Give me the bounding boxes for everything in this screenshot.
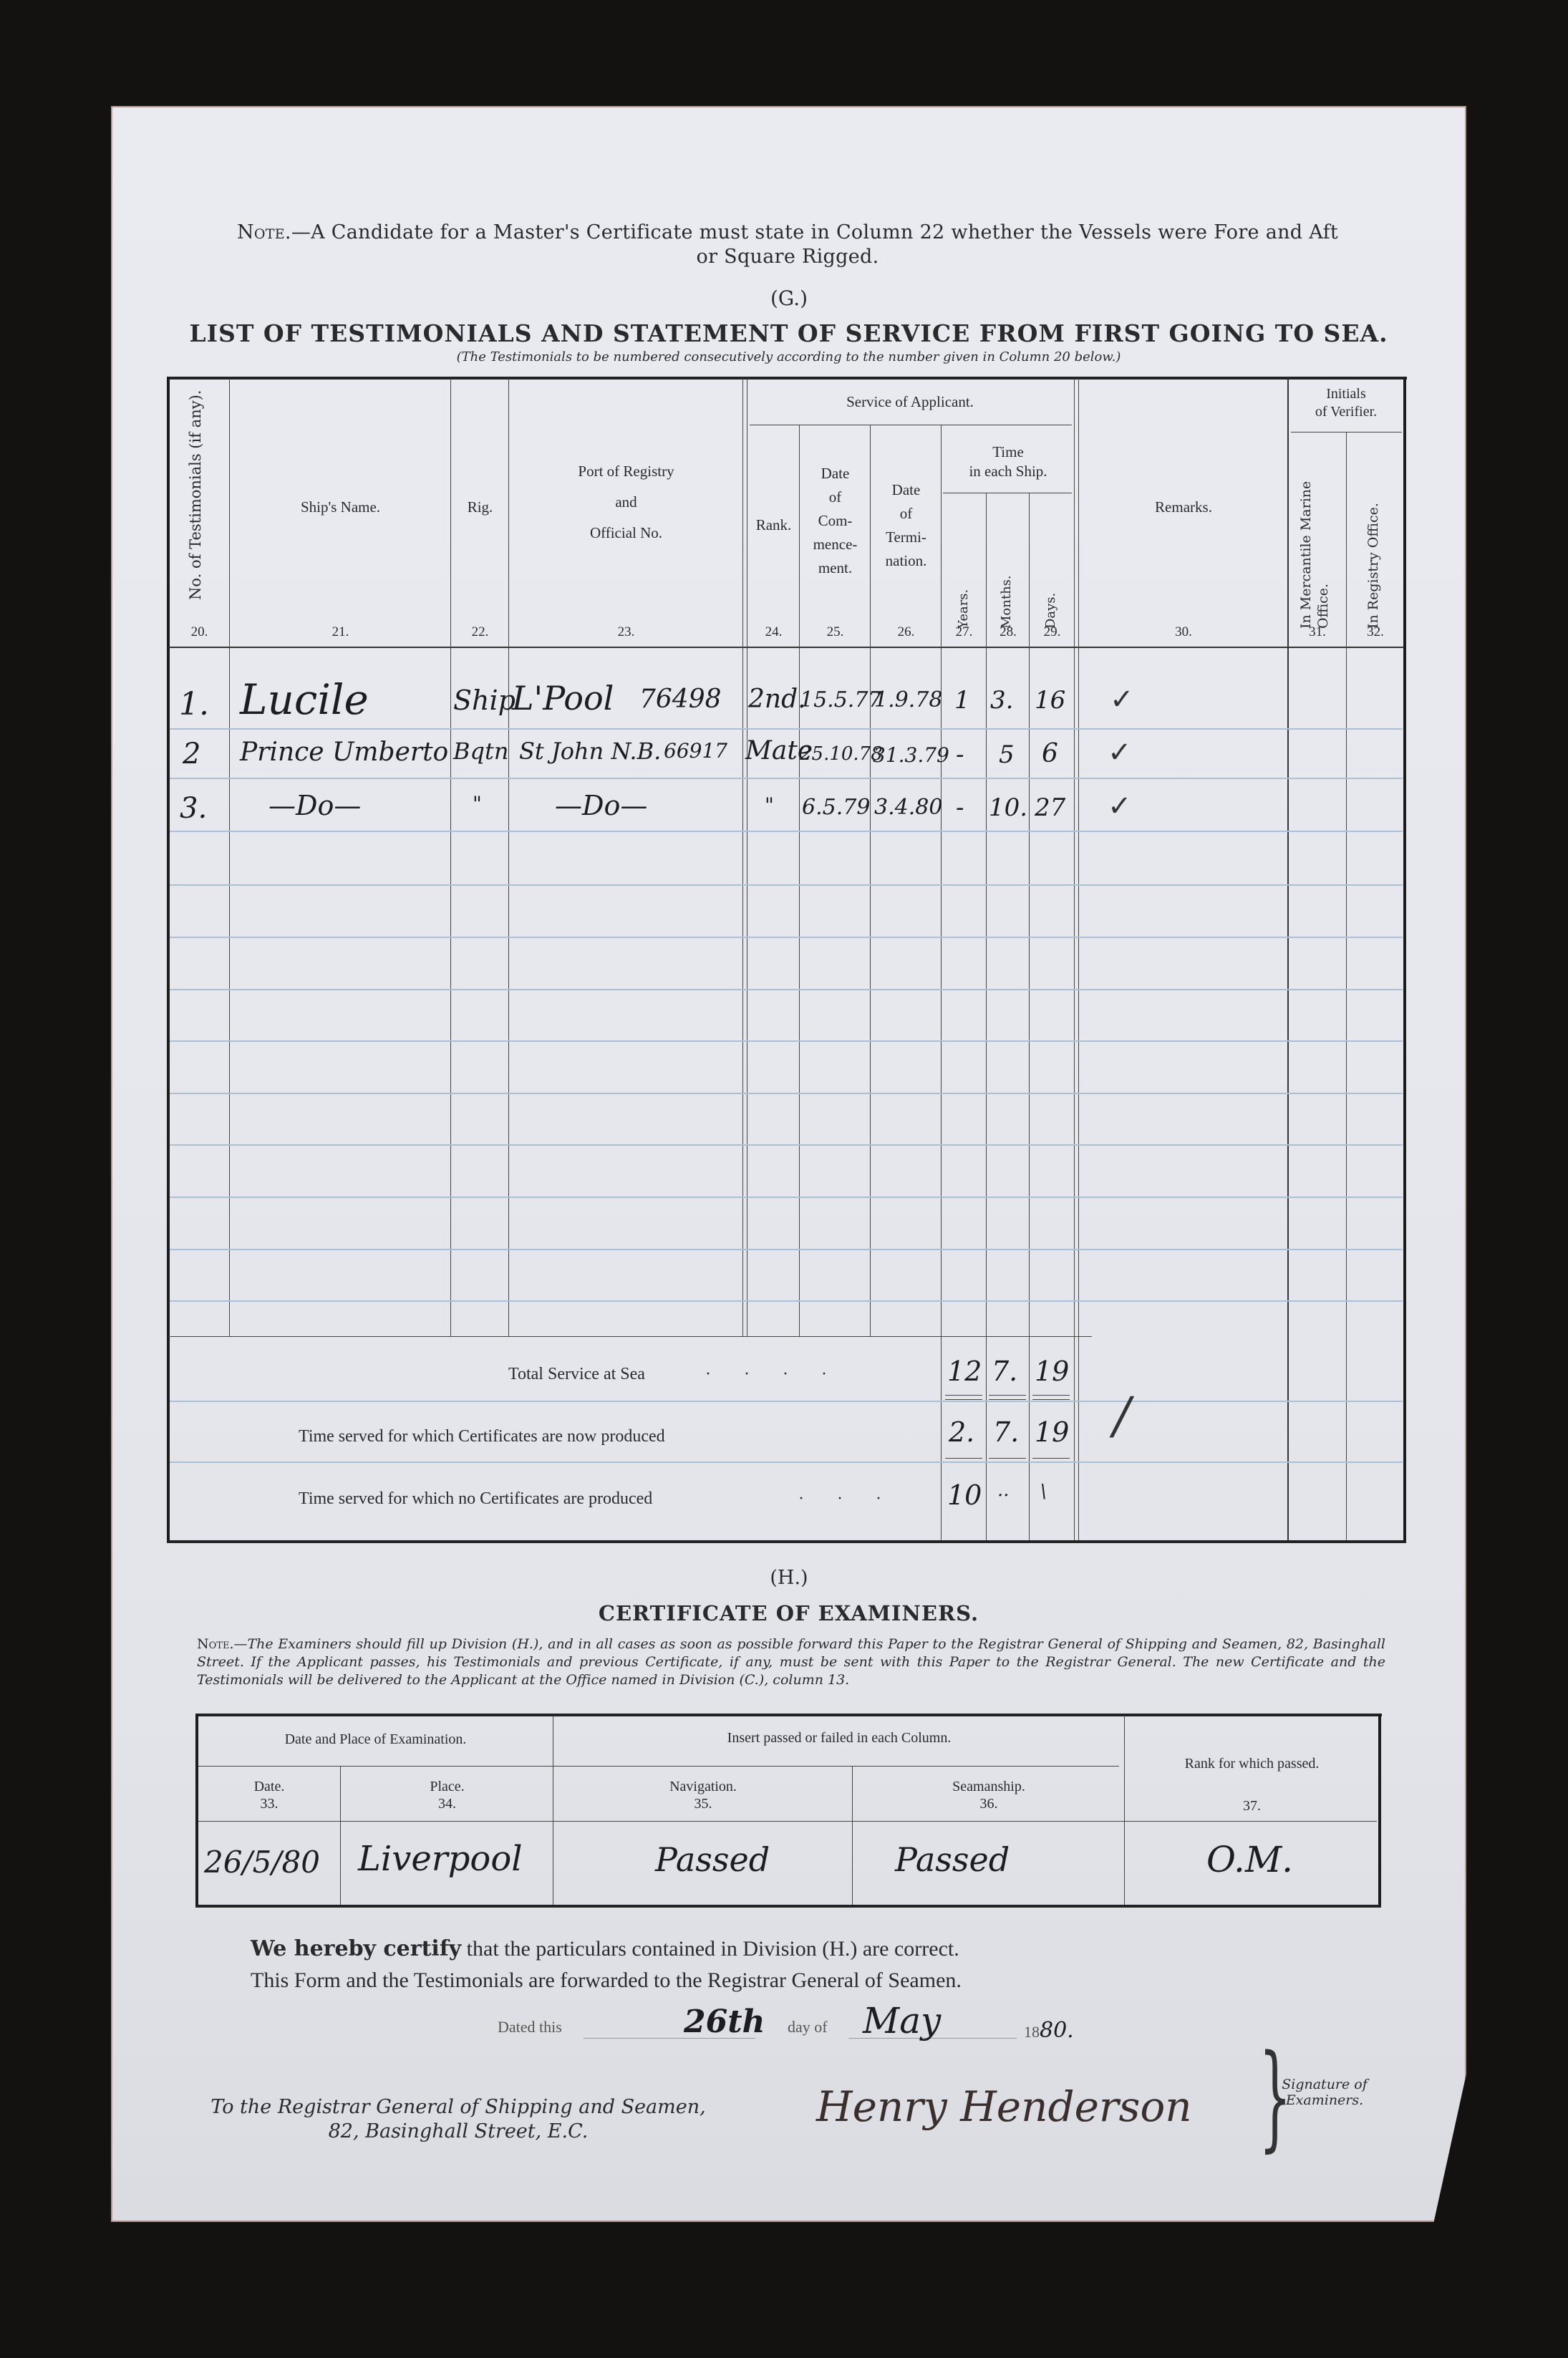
summary-years: 10 xyxy=(947,1479,982,1511)
summary-years: 2. xyxy=(949,1416,974,1448)
header-line: Seamanship. xyxy=(853,1778,1124,1795)
column-number: 25. xyxy=(800,624,870,640)
header-line: Time xyxy=(942,443,1074,462)
header-line: in each Ship. xyxy=(942,462,1074,481)
header-termination: Date of Termi- nation. xyxy=(871,478,941,573)
row-commenced: 15.5.77 xyxy=(800,687,882,712)
header-line: mence- xyxy=(800,533,870,556)
dated-month: May xyxy=(863,2000,941,2041)
column-number: 30. xyxy=(1080,624,1287,640)
summary-days: 19 xyxy=(1035,1356,1069,1387)
division-g-letter: (G.) xyxy=(717,286,861,310)
check-icon: ✓ xyxy=(1108,736,1132,769)
header-rig: Rig. xyxy=(452,496,508,518)
header-result-group: Insert passed or failed in each Column. xyxy=(554,1727,1124,1749)
header-line: Date xyxy=(800,462,870,485)
address-line: To the Registrar General of Shipping and… xyxy=(204,2095,712,2120)
row-no: 2 xyxy=(183,738,200,770)
column-number: 28. xyxy=(987,624,1029,640)
column-number: 20. xyxy=(170,624,229,640)
header-years: Years. xyxy=(956,564,971,629)
row-no: 1. xyxy=(179,686,209,723)
address-line: 82, Basinghall Street, E.C. xyxy=(204,2120,712,2144)
row-days: 6 xyxy=(1042,739,1058,768)
header-line: Initials xyxy=(1289,385,1403,403)
year-suffix: 80. xyxy=(1040,2018,1074,2043)
row-official-no: 66917 xyxy=(664,739,727,763)
row-official-no: 76498 xyxy=(639,685,722,714)
row-rig: " xyxy=(473,792,482,816)
note-prefix: Note. xyxy=(197,1636,233,1652)
note-text: —A Candidate for a Master's Certificate … xyxy=(291,221,1338,243)
column-number: 22. xyxy=(452,624,508,640)
division-g-subtitle: (The Testimonials to be numbered consecu… xyxy=(111,349,1466,364)
row-commenced: 25.10.78 xyxy=(800,743,883,765)
header-rank-passed: Rank for which passed. xyxy=(1126,1753,1378,1774)
row-port: —Do— xyxy=(555,790,647,821)
dated-this-label: Dated this xyxy=(498,2018,562,2036)
header-port-registry: Port of Registry and Official No. xyxy=(510,460,742,543)
dated-year: 1880. xyxy=(1024,2018,1074,2043)
header-navigation: Navigation. 35. xyxy=(554,1778,852,1812)
column-number: 35. xyxy=(554,1795,852,1812)
division-g-title: LIST OF TESTIMONIALS AND STATEMENT OF SE… xyxy=(111,319,1466,347)
header-time-group: Time in each Ship. xyxy=(942,443,1074,481)
certify-blackletter: We hereby certify xyxy=(251,1936,461,1961)
summary-days: \ xyxy=(1040,1481,1047,1502)
header-registry-office: In Registry Office. xyxy=(1365,493,1381,629)
column-number: 26. xyxy=(871,624,941,640)
row-months: 10. xyxy=(989,793,1027,822)
summary-years: 12 xyxy=(947,1356,982,1387)
note-text-2: or Square Rigged. xyxy=(697,246,879,268)
summary-months: 7. xyxy=(993,1416,1019,1448)
header-service-group: Service of Applicant. xyxy=(748,391,1072,412)
row-years: - xyxy=(956,793,964,822)
header-line: of xyxy=(871,502,941,526)
header-verifier-group: Initials of Verifier. xyxy=(1289,385,1403,421)
column-number: 37. xyxy=(1126,1795,1378,1817)
certify-line: that the particulars contained in Divisi… xyxy=(461,1937,959,1961)
signature-label: Signature of Examiners. xyxy=(1271,2077,1378,2108)
leader-dots: · · · · xyxy=(705,1365,841,1384)
summary-months: .. xyxy=(997,1479,1010,1501)
top-note: Note.—A Candidate for a Master's Certifi… xyxy=(197,221,1378,269)
header-date: Date. 33. xyxy=(198,1778,340,1812)
summary-label: Total Service at Sea xyxy=(508,1365,645,1384)
header-line: Place. xyxy=(342,1778,553,1795)
column-number: 33. xyxy=(198,1795,340,1812)
header-place: Place. 34. xyxy=(342,1778,553,1812)
header-line: Com- xyxy=(800,509,870,533)
summary-label: Time served for which Certificates are n… xyxy=(299,1427,665,1446)
row-days: 16 xyxy=(1035,686,1065,715)
header-line: ment. xyxy=(800,556,870,580)
header-line: Date xyxy=(871,478,941,502)
exam-seamanship: Passed xyxy=(895,1840,1010,1879)
column-number: 36. xyxy=(853,1795,1124,1812)
header-port-line: and xyxy=(510,491,742,513)
row-port: L'Pool xyxy=(512,679,614,717)
row-commenced: 6.5.79 xyxy=(802,795,870,820)
header-line: Date. xyxy=(198,1778,340,1795)
row-months: 5 xyxy=(999,740,1015,769)
header-line: of Verifier. xyxy=(1289,403,1403,421)
column-number: 21. xyxy=(231,624,450,640)
header-days: Days. xyxy=(1043,571,1058,629)
registrar-address: To the Registrar General of Shipping and… xyxy=(204,2095,712,2144)
column-number: 32. xyxy=(1347,624,1403,640)
exam-date: 26/5/80 xyxy=(204,1845,320,1880)
header-line: of xyxy=(800,485,870,509)
note-text: —The Examiners should fill up Division (… xyxy=(197,1636,1385,1688)
row-months: 3. xyxy=(990,686,1013,715)
row-rig: Bqtn xyxy=(453,738,508,765)
column-number: 31. xyxy=(1289,624,1346,640)
row-no: 3. xyxy=(180,792,207,825)
check-icon: ✓ xyxy=(1110,683,1134,716)
header-remarks: Remarks. xyxy=(1080,496,1287,518)
header-commencement: Date of Com- mence- ment. xyxy=(800,462,870,580)
dated-day: 26th xyxy=(684,2004,765,2040)
row-rank: 2nd. xyxy=(748,685,806,714)
row-rank: " xyxy=(765,793,774,817)
exam-place: Liverpool xyxy=(358,1839,523,1879)
row-rig: Ship xyxy=(453,685,516,716)
header-port-line: Port of Registry xyxy=(510,460,742,482)
column-number: 29. xyxy=(1030,624,1074,640)
header-line: nation. xyxy=(871,549,941,573)
summary-check-mark: / xyxy=(1113,1386,1131,1445)
row-port: St John N.B. xyxy=(519,738,661,765)
year-prefix: 18 xyxy=(1024,2023,1040,2041)
summary-label: Time served for which no Certificates ar… xyxy=(299,1489,652,1509)
header-rank: Rank. xyxy=(748,514,799,536)
header-line: Termi- xyxy=(871,526,941,549)
note-prefix: Note. xyxy=(237,221,291,243)
row-days: 27 xyxy=(1035,793,1065,822)
row-terminated: 1.9.78 xyxy=(874,687,942,712)
header-seamanship: Seamanship. 36. xyxy=(853,1778,1124,1812)
division-h-title: CERTIFICATE OF EXAMINERS. xyxy=(111,1601,1466,1625)
column-number: 24. xyxy=(748,624,799,640)
header-ship-name: Ship's Name. xyxy=(231,496,450,518)
summary-months: 7. xyxy=(992,1356,1017,1387)
row-terminated: 3.4.80 xyxy=(874,795,942,820)
column-number: 23. xyxy=(510,624,742,640)
leader-dots: · · · xyxy=(798,1489,896,1509)
column-number: 27. xyxy=(942,624,986,640)
column-number: 34. xyxy=(342,1795,553,1812)
form-page: Note.—A Candidate for a Master's Certifi… xyxy=(111,106,1466,2222)
exam-rank: O.M. xyxy=(1206,1839,1293,1880)
division-h-note: Note.—The Examiners should fill up Divis… xyxy=(197,1635,1385,1689)
day-of-label: day of xyxy=(788,2018,828,2036)
signature-label-line: Examiners. xyxy=(1271,2092,1378,2108)
examiner-signature: Henry Henderson xyxy=(816,2082,1192,2131)
certification-statement: We hereby certify that the particulars c… xyxy=(251,1933,962,1996)
row-years: 1 xyxy=(954,686,970,715)
summary-days: 19 xyxy=(1035,1416,1069,1448)
division-h-letter: (H.) xyxy=(717,1567,861,1589)
row-ship: Lucile xyxy=(240,675,369,724)
header-mercantile-marine: In Mercantile Marine Office. xyxy=(1297,443,1337,629)
header-months: Months. xyxy=(999,543,1014,629)
header-line: Navigation. xyxy=(554,1778,852,1795)
row-ship: Prince Umberto xyxy=(240,738,448,767)
signature-label-line: Signature of xyxy=(1271,2077,1378,2092)
header-date-place-group: Date and Place of Examination. xyxy=(198,1729,553,1750)
header-testimonial-no: No. of Testimonials (if any). xyxy=(187,392,204,600)
check-icon: ✓ xyxy=(1108,790,1132,823)
certify-line-2: This Form and the Testimonials are forwa… xyxy=(251,1965,962,1996)
row-years: - xyxy=(956,740,964,769)
exam-navigation: Passed xyxy=(655,1840,770,1879)
header-port-line: Official No. xyxy=(510,522,742,543)
row-terminated: 31.3.79 xyxy=(873,743,949,767)
row-ship: —Do— xyxy=(268,790,361,821)
